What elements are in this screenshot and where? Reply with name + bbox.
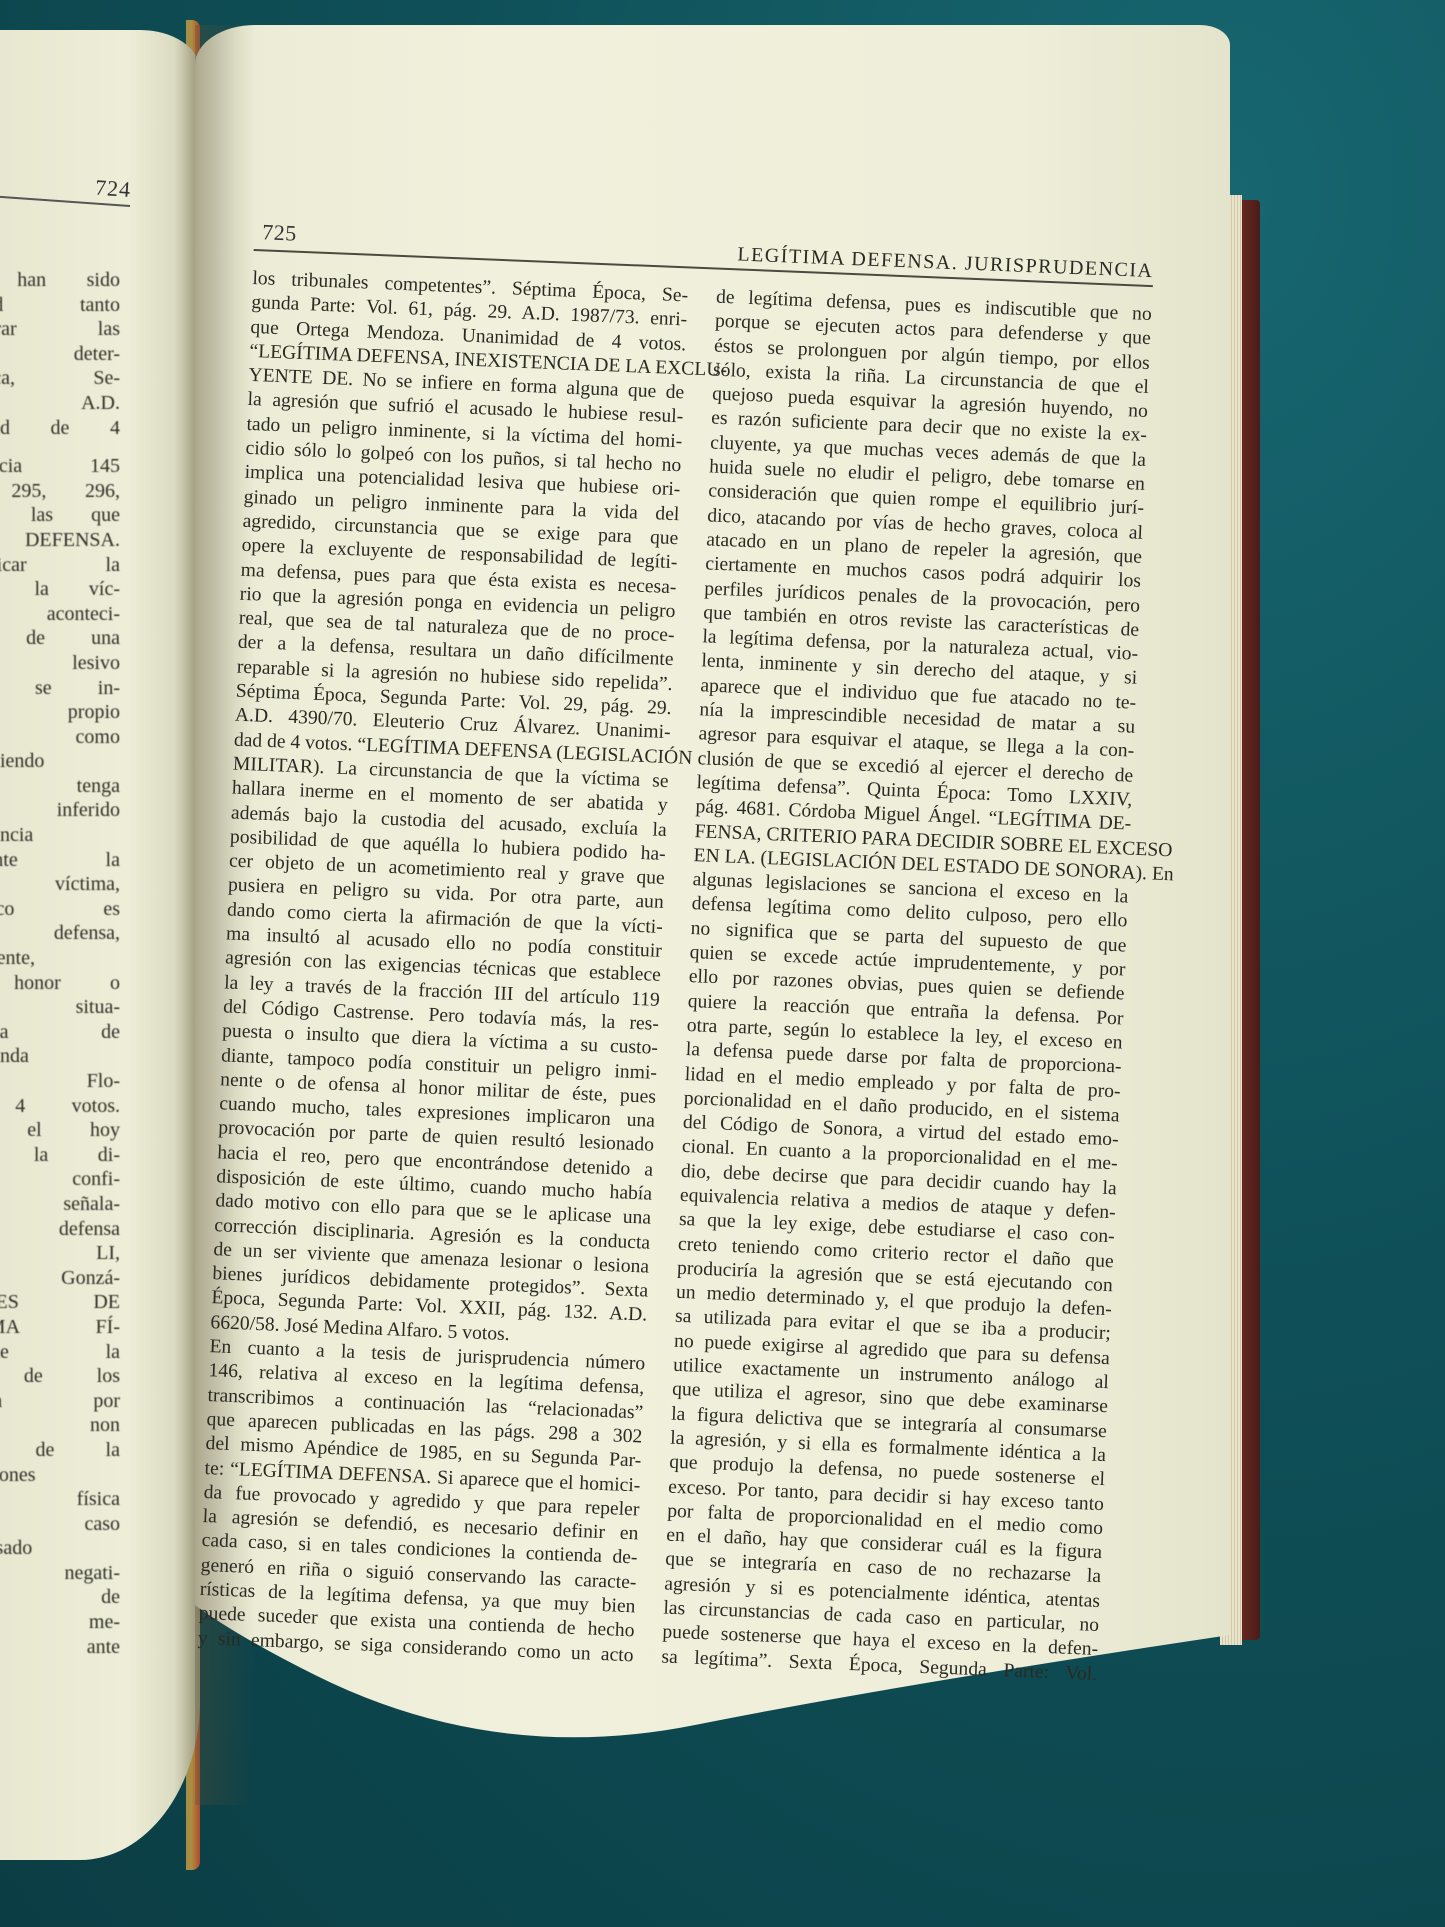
text-line: los me- xyxy=(0,1610,120,1635)
text-line: firió la víc- xyxy=(0,577,120,602)
text-line: amente la xyxy=(0,848,120,873)
text-line: 77. A.D. xyxy=(0,391,120,416)
text-line: el propio xyxy=(0,700,120,725)
text-line: ORMA FÍ- xyxy=(0,1315,120,1340)
text-line: no confi- xyxy=(0,1167,120,1192)
text-line: riamente, xyxy=(0,946,120,971)
text-line: edad de xyxy=(0,1585,120,1610)
text-line: , honor o xyxy=(0,971,120,996)
running-title: LEGÍTIMA DEFENSA. JURISPRUDENCIA xyxy=(737,243,1154,283)
text-line: IONES DE xyxy=(0,1290,120,1315)
text-line: s señala- xyxy=(0,1192,120,1217)
text-line: Segunda xyxy=(0,1044,120,1069)
text-line: A DEFENSA. xyxy=(0,528,120,553)
left-page-header: 724 xyxy=(0,193,130,207)
text-line: un caso xyxy=(0,1512,120,1537)
text-line: ma física xyxy=(0,1487,120,1512)
left-page-number: 724 xyxy=(94,175,132,203)
text-line: y de los xyxy=(0,1364,120,1389)
text-line: o inferido xyxy=(0,798,120,823)
text-line: surgía de xyxy=(0,1020,120,1045)
text-line: Vol. LI, xyxy=(0,1241,120,1266)
text-line: as han sido xyxy=(0,268,120,293)
text-line: valorar las xyxy=(0,317,120,342)
text-line: qua non xyxy=(0,1413,120,1438)
text-line: erante la xyxy=(0,1340,120,1365)
text-line: xpresado xyxy=(0,1536,120,1561)
text-line: midad de 4 xyxy=(0,416,120,441)
text-line: que se in- xyxy=(0,676,120,701)
text-line: a defensa xyxy=(0,1217,120,1242)
text-line: mpoco es xyxy=(0,897,120,922)
text-line: petu lesivo xyxy=(0,651,120,676)
left-page: 724 as han sidocidad tantovalorar laspar… xyxy=(0,30,200,1860)
text-line: nos ante xyxy=(0,1635,120,1660)
text-line: e 4 votos. xyxy=(0,1094,120,1119)
paragraph-gap xyxy=(0,440,120,454)
text-line: ara, tenga xyxy=(0,774,120,799)
text-line: udencia 145 xyxy=(0,454,120,479)
text-line: violencia xyxy=(0,823,120,848)
text-line: 2/51. Flo- xyxy=(0,1069,120,1094)
text-line: esión por xyxy=(0,1389,120,1414)
text-line: dos, las que xyxy=(0,503,120,528)
text-line: gresiones xyxy=(0,1463,120,1488)
page-number: 725 xyxy=(262,219,298,246)
text-line: o Gonzá- xyxy=(0,1266,120,1291)
text-line: de, situa- xyxy=(0,995,120,1020)
text-line: u víctima, xyxy=(0,872,120,897)
text-line: u negati- xyxy=(0,1561,120,1586)
text-line: l aconteci- xyxy=(0,602,120,627)
text-line: ara la di- xyxy=(0,1143,120,1168)
left-page-text: as han sidocidad tantovalorar laspara de… xyxy=(0,268,120,1659)
right-page-content: 725 LEGÍTIMA DEFENSA. JURISPRUDENCIA los… xyxy=(197,215,1154,1687)
text-line: iva de la xyxy=(0,1438,120,1463)
column-left: los tribunales competentes”. Séptima Épo… xyxy=(197,267,688,1668)
text-line: vo de una xyxy=(0,626,120,651)
column-right: de legítima defensa, pues es indiscutibl… xyxy=(661,286,1152,1687)
text-columns: los tribunales competentes”. Séptima Épo… xyxy=(197,267,1152,1687)
text-line: para deter- xyxy=(0,342,120,367)
text-line: entificar la xyxy=(0,553,120,578)
text-line: Época, Se- xyxy=(0,366,120,391)
text-line: uponiendo xyxy=(0,749,120,774)
text-line: s. 295, 296, xyxy=(0,479,120,504)
text-line: a defensa, xyxy=(0,921,120,946)
text-line: ugar como xyxy=(0,725,120,750)
text-line: cidad tanto xyxy=(0,293,120,318)
text-line: ue el hoy xyxy=(0,1118,120,1143)
